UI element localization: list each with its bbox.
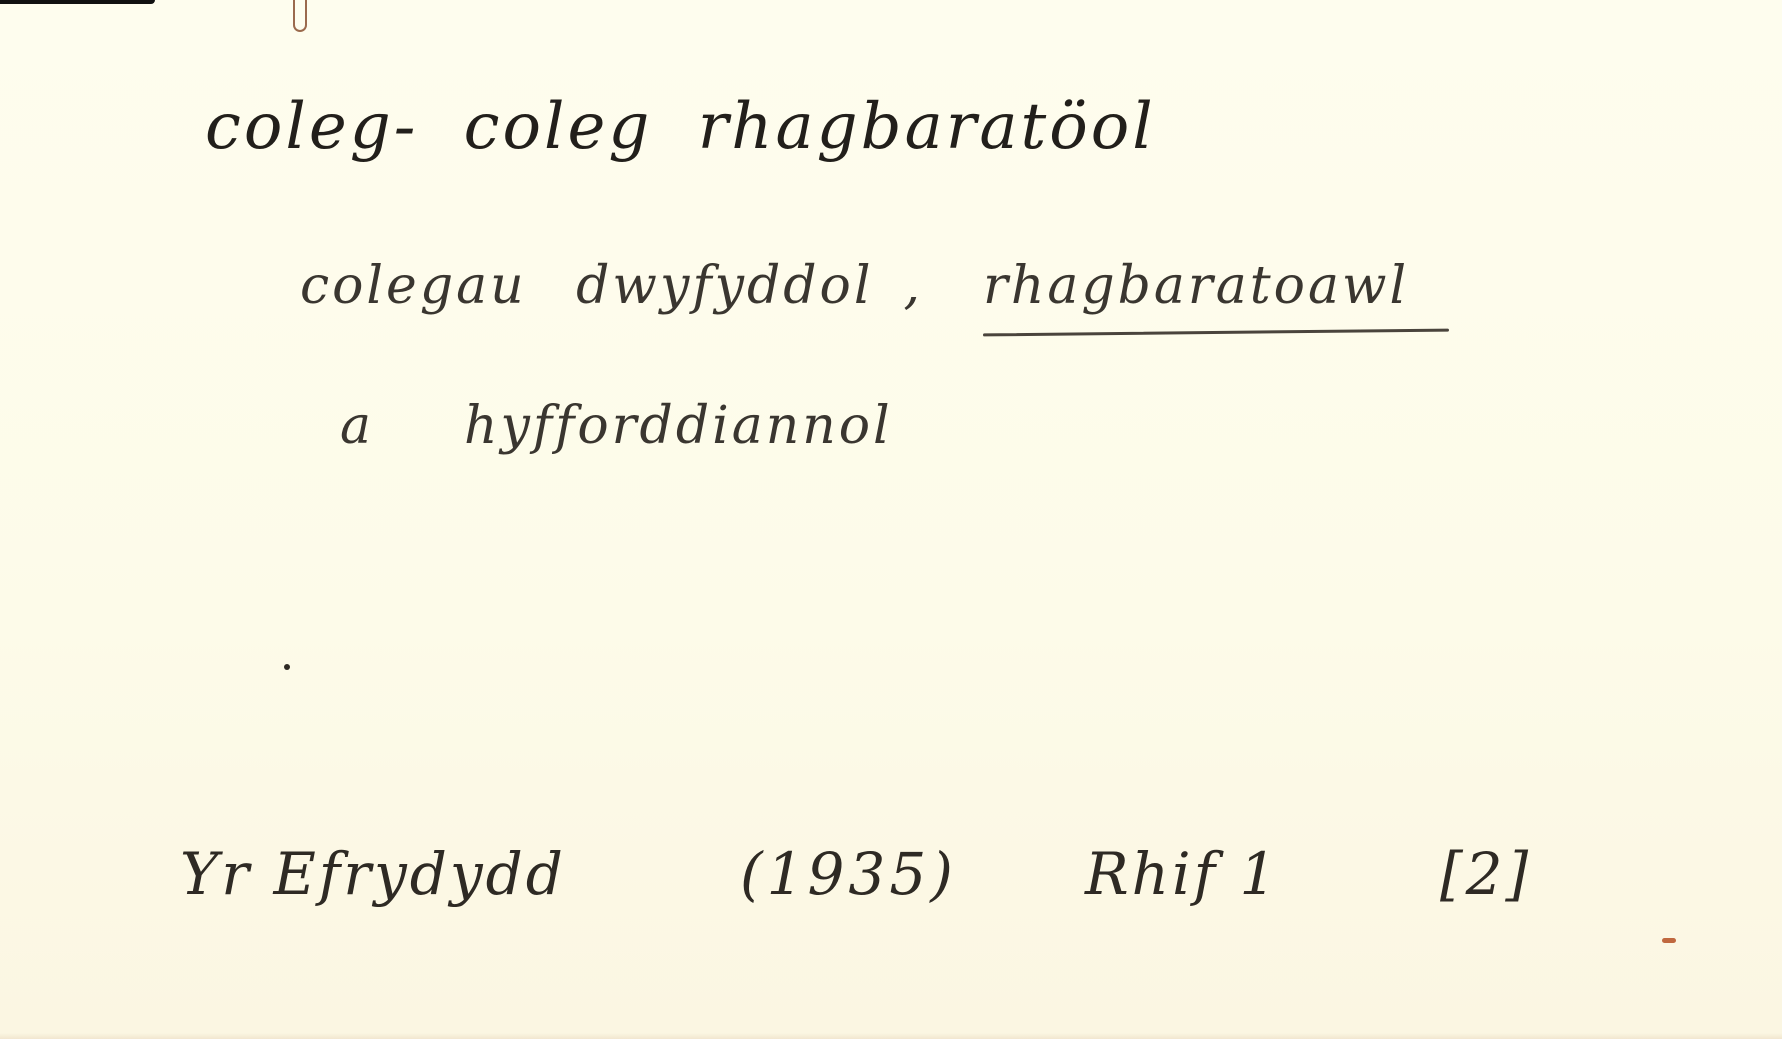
ink-dot [284, 664, 290, 670]
example-text: colegau dwyfyddol [300, 256, 873, 316]
source-issue: Rhif 1 [1085, 845, 1279, 903]
example-line: colegau dwyfyddol,rhagbaratoawl [300, 260, 1409, 312]
underlined-word: rhagbaratoawl [983, 260, 1409, 312]
continuation-word: hyfforddiannol [464, 396, 893, 456]
stray-ink-mark [293, 0, 307, 32]
scan-edge-shadow [0, 0, 155, 4]
headword-line: coleg- coleg rhagbaratöol [205, 95, 1156, 159]
conjunction: a [340, 396, 374, 456]
continuation-line: ahyfforddiannol [340, 400, 893, 452]
source-journal: Yr Efrydydd [180, 845, 566, 903]
red-speck [1662, 938, 1676, 943]
source-year: (1935) [740, 845, 957, 903]
dictionary-slip: coleg- coleg rhagbaratöol colegau dwyfyd… [0, 0, 1782, 1039]
paper-bottom-edge [0, 1033, 1782, 1039]
slip-number: [2] [1440, 845, 1531, 903]
example-separator: , [903, 256, 923, 316]
